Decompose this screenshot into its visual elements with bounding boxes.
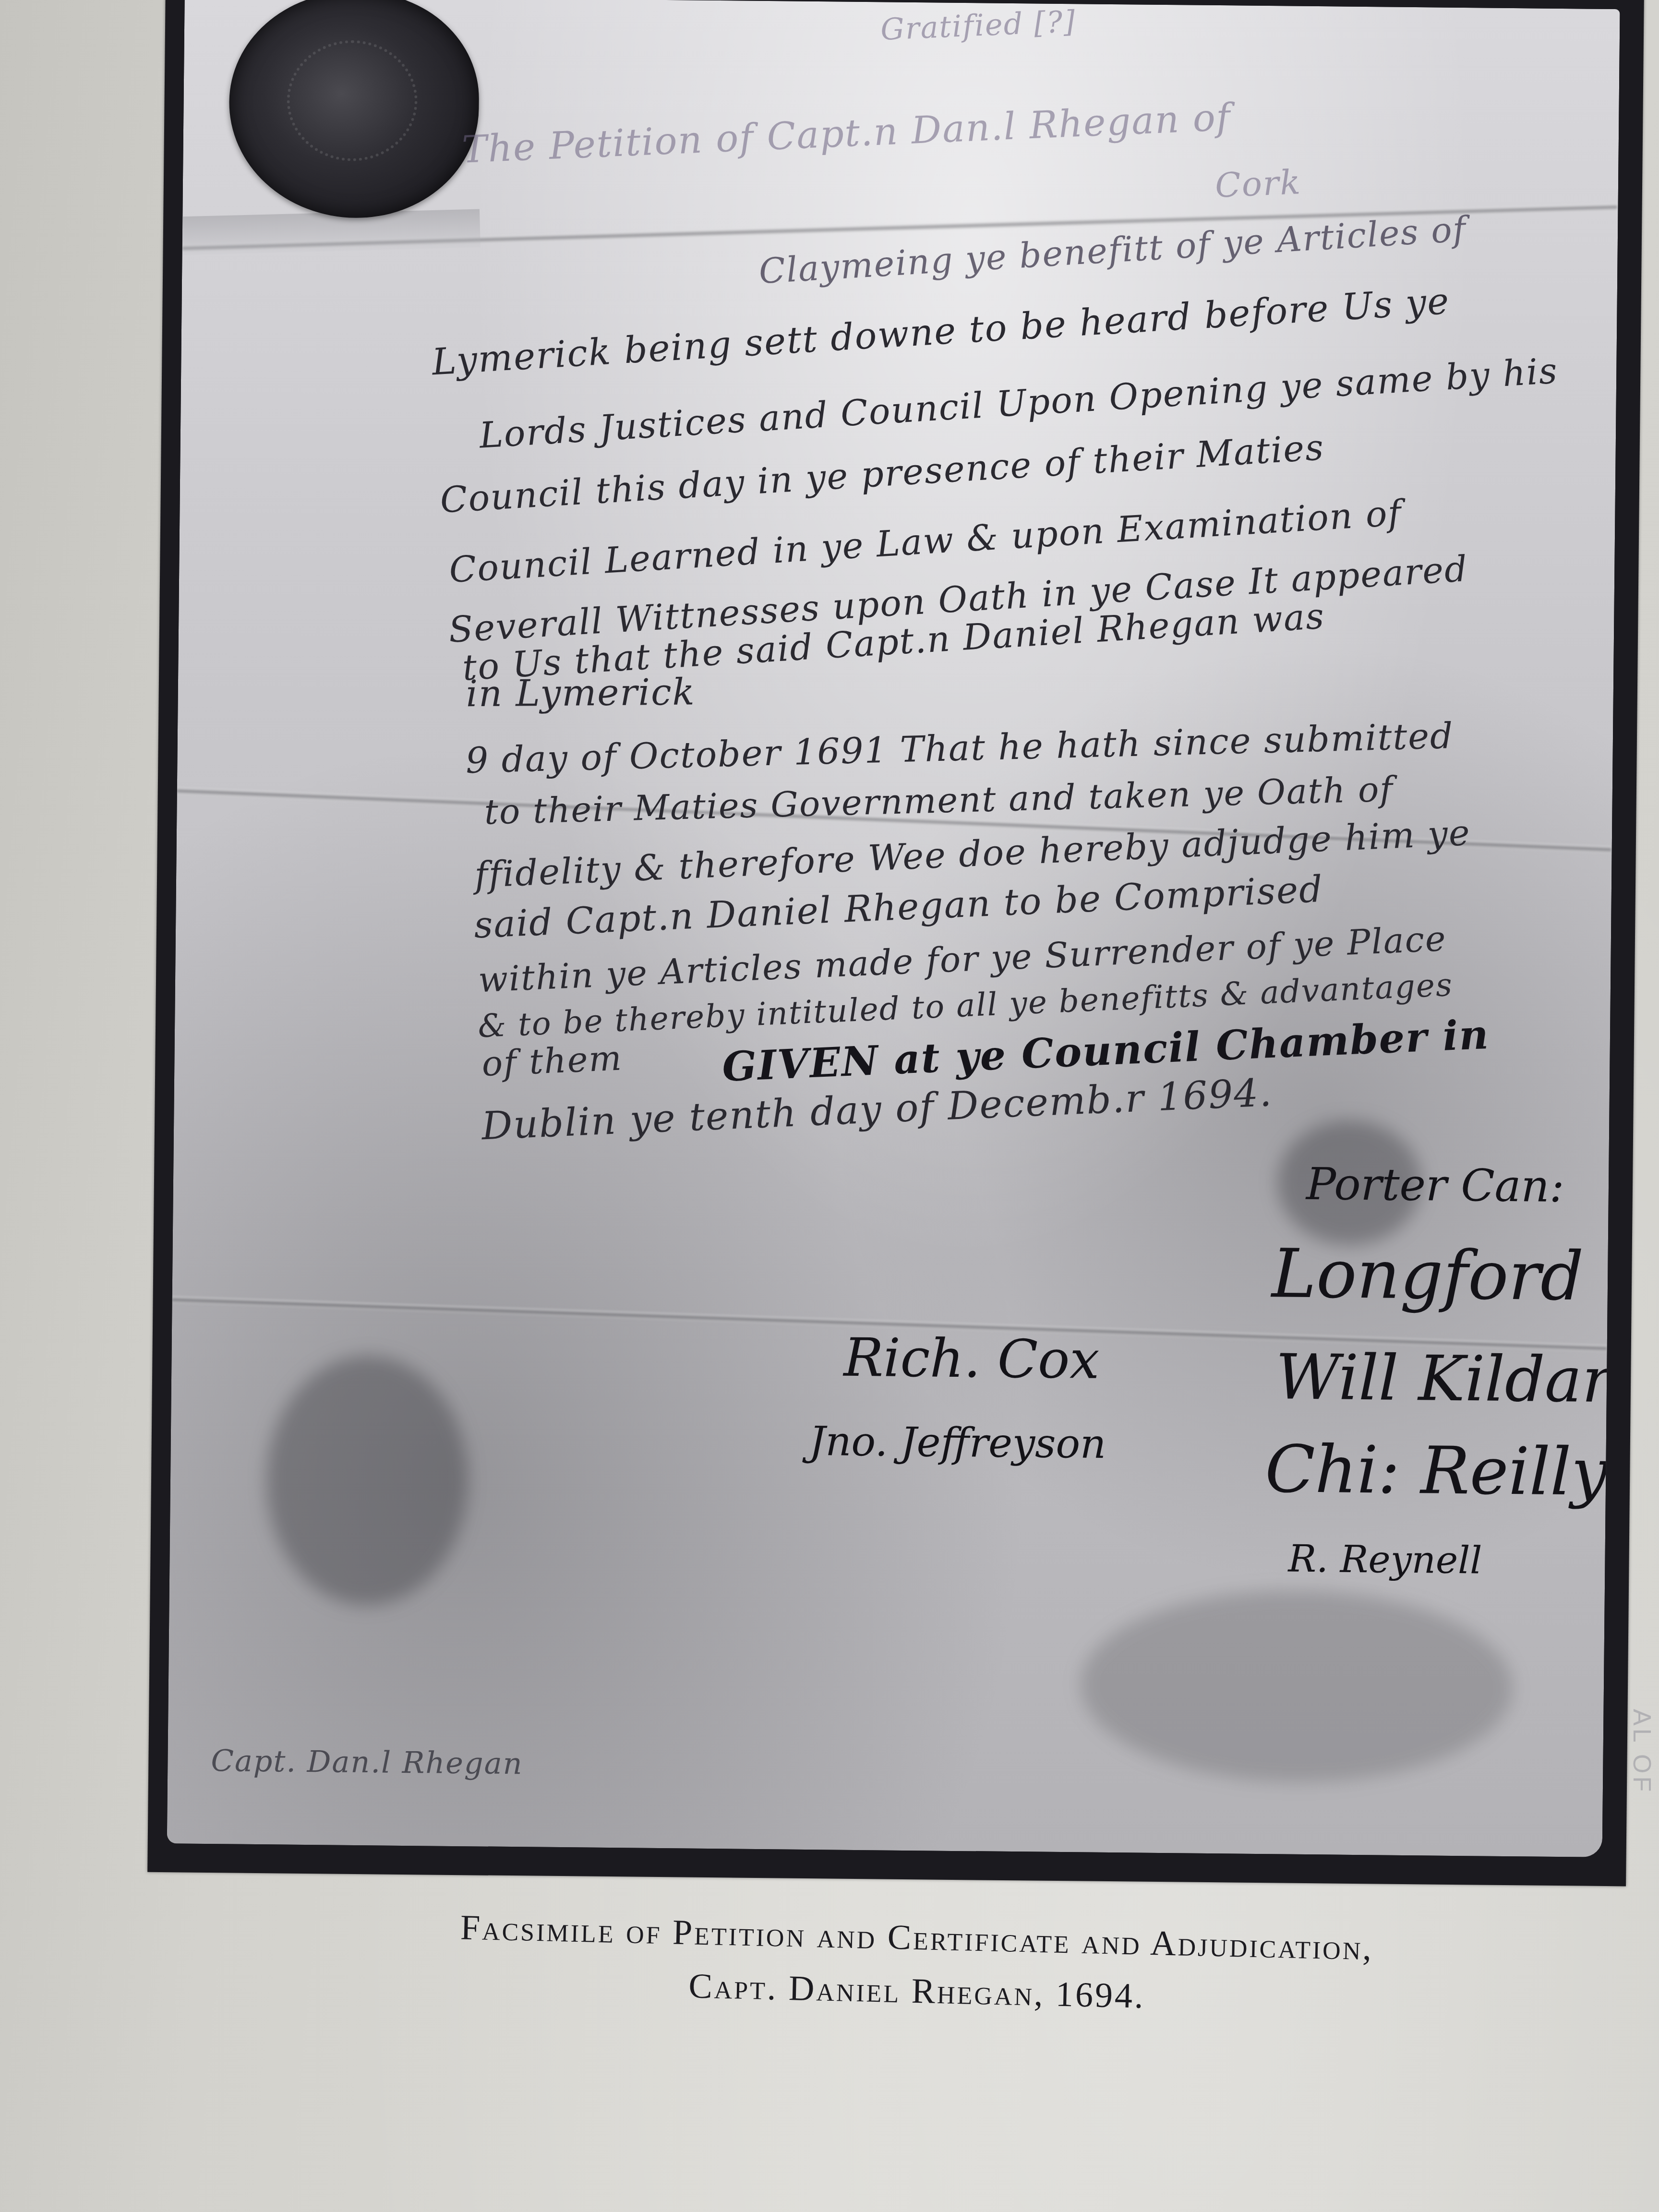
stain	[265, 1355, 469, 1606]
manuscript-body-line: of them	[481, 1038, 623, 1084]
facsimile-plate: Gratified [?] The Petition of Capt.n Dan…	[147, 0, 1644, 1886]
manuscript-header-line: Gratified [?]	[880, 4, 1077, 47]
manuscript-header-line: The Petition of Capt.n Dan.l Rhegan of	[461, 96, 1232, 171]
manuscript-header-line: Cork	[1214, 162, 1302, 205]
figure-caption: Facsimile of Petition and Certificate an…	[240, 1918, 1594, 2012]
signature-jeffreyson: Jno. Jeffreyson	[809, 1418, 1106, 1467]
manuscript-document: Gratified [?] The Petition of Capt.n Dan…	[167, 0, 1620, 1857]
signature-cox: Rich. Cox	[843, 1327, 1100, 1391]
library-stamp: AL OF	[1623, 1709, 1656, 1978]
signature-longford: Longford	[1271, 1235, 1584, 1316]
signature-reilly: Chi: Reilly	[1265, 1431, 1609, 1511]
signature-kildare: Will Kildare	[1275, 1340, 1620, 1417]
signature-reynell: R. Reynell	[1288, 1538, 1482, 1583]
signature-porter: Porter Can:	[1306, 1158, 1565, 1212]
wax-seal-icon	[228, 0, 480, 219]
manuscript-endorsement: Capt. Dan.l Rhegan	[211, 1743, 523, 1781]
stain	[1080, 1588, 1514, 1784]
seal-tag	[182, 209, 481, 255]
manuscript-body-line: in Lymerick	[466, 670, 695, 715]
book-page: Gratified [?] The Petition of Capt.n Dan…	[0, 0, 1659, 2212]
